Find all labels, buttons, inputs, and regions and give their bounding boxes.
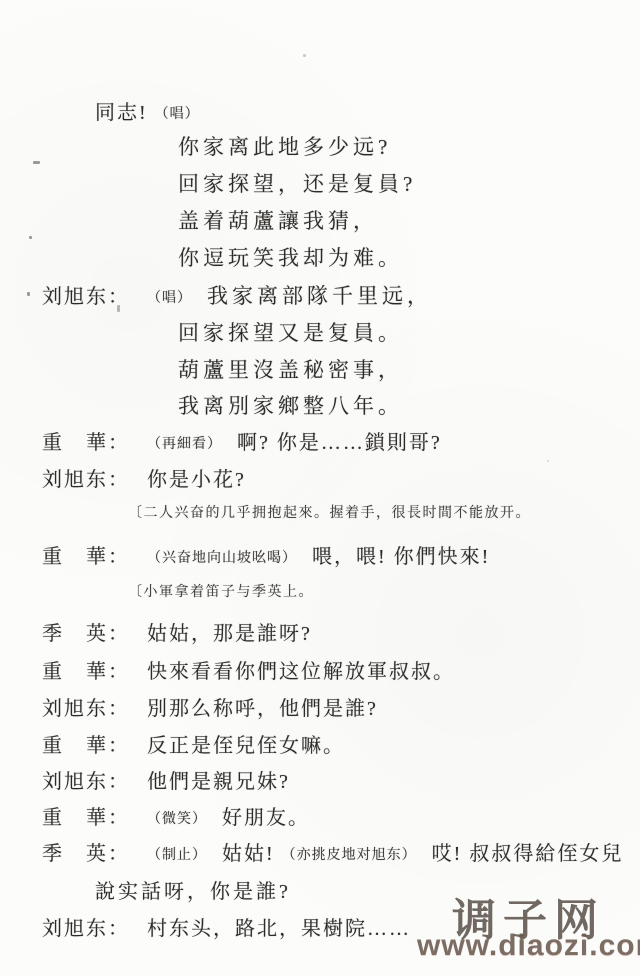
script-line: 刘旭东： 你是小花? [42, 463, 246, 492]
verse-text: 回家探望，还是复員? [178, 172, 416, 196]
script-line: 重 華： （微笑） 好朋友。 [42, 801, 310, 830]
speaker-name: 刘旭东： [42, 771, 130, 793]
script-line: 同志! （唱） [95, 96, 208, 125]
script-line: 重 華： （再細看） 啊? 你是……鎖則哥? [42, 426, 442, 455]
script-line: 你逗玩笑我却为难。 [178, 242, 403, 272]
verse-text: 我家离部隊千里远， [207, 284, 432, 308]
scan-speck [303, 54, 306, 57]
verse-text: 你逗玩笑我却为难。 [178, 246, 403, 270]
script-line: 重 華： 快來看看你們这位解放軍叔叔。 [42, 655, 455, 684]
dialogue-text: 村东头，路北，果樹院…… [147, 918, 411, 940]
verse-text: 回家探望又是复員。 [178, 321, 403, 345]
speaker-name: 季 英： [42, 843, 130, 865]
stage-note: （再細看） [147, 437, 222, 452]
script-line: 葫蘆里沒盖秘密事， [178, 354, 403, 384]
dialogue-text: 好朋友。 [222, 807, 310, 829]
scan-speck [117, 305, 120, 312]
stage-direction: 〔小軍拿着笛子与季英上。 [128, 581, 314, 601]
verse-text: 葫蘆里沒盖秘密事， [178, 358, 403, 382]
verse-text: 我离別家鄉整八年。 [178, 394, 403, 418]
dialogue-text: 你是小花? [147, 469, 246, 491]
dialogue-text: 姑姑! [222, 843, 275, 865]
speaker-name: 重 華： [42, 661, 130, 683]
script-line: 重 華： （兴奋地向山坡吆喝） 喂，喂! 你們快來! [42, 540, 490, 569]
dialogue-text: 反正是侄兒侄女嘛。 [147, 735, 345, 757]
stage-note: （亦挑皮地对旭东） [282, 848, 417, 863]
script-line: 重 華： 反正是侄兒侄女嘛。 [42, 729, 345, 758]
speaker-name: 刘旭东： [42, 698, 130, 720]
script-line: 刘旭东： 別那么称呼，他們是誰? [42, 692, 378, 721]
watermark-site-url: www.diaozi.com [417, 929, 640, 963]
speaker-name: 刘旭东： [42, 469, 130, 491]
script-line: 刘旭东： 他們是親兄妹? [42, 765, 290, 794]
speaker-name: 刘旭东： [42, 918, 130, 940]
dialogue-text: 別那么称呼，他們是誰? [147, 698, 378, 720]
script-line: 刘旭东： （唱） 我家离部隊千里远， [42, 280, 432, 310]
scan-speck [27, 292, 30, 296]
scan-speck [29, 236, 32, 239]
dialogue-text: 哎! 叔叔得給侄女兒 [432, 843, 624, 865]
speaker-name: 重 華： [42, 546, 130, 568]
script-line: 季 英： （制止） 姑姑! （亦挑皮地对旭东） 哎! 叔叔得給侄女兒 [42, 837, 623, 866]
script-line: 季 英： 姑姑，那是誰呀? [42, 617, 312, 646]
script-line: 你家离此地多少远? [178, 131, 391, 161]
scanned-script-page: 同志! （唱） 你家离此地多少远? 回家探望，还是复員? 盖着葫蘆讓我猜， 你逗… [0, 0, 640, 976]
stage-note: （兴奋地向山坡吆喝） [147, 551, 297, 566]
dialogue-text: 快來看看你們这位解放軍叔叔。 [147, 661, 455, 683]
dialogue-text: 姑姑，那是誰呀? [147, 623, 312, 645]
speaker-name: 重 華： [42, 432, 130, 454]
stage-note: （唱） [155, 107, 200, 122]
script-line-continuation: 說实話呀，你是誰? [95, 875, 291, 904]
stage-direction-text: 〔二人兴奋的几乎拥抱起來。握着手，很長时間不能放开。 [128, 506, 531, 521]
speaker-name: 季 英： [42, 623, 130, 645]
stage-note: （唱） [147, 291, 192, 306]
stage-note: （制止） [147, 848, 207, 863]
dialogue-text: 啊? 你是……鎖則哥? [237, 432, 442, 454]
dialogue-text: 他們是親兄妹? [147, 771, 290, 793]
dialogue-text: 說实話呀，你是誰? [95, 881, 291, 903]
dialogue-text: 同志! [95, 102, 148, 124]
stage-direction-text: 〔小軍拿着笛子与季英上。 [128, 585, 314, 600]
stage-direction: 〔二人兴奋的几乎拥抱起來。握着手，很長时間不能放开。 [128, 502, 531, 522]
script-line: 回家探望，还是复員? [178, 168, 416, 198]
scan-speck [33, 161, 40, 164]
speaker-name: 重 華： [42, 807, 130, 829]
speaker-name: 重 華： [42, 735, 130, 757]
script-line: 回家探望又是复員。 [178, 317, 403, 347]
verse-text: 你家离此地多少远? [178, 135, 391, 159]
stage-note: （微笑） [147, 812, 207, 827]
scan-speck [547, 460, 549, 462]
script-line: 刘旭东： 村东头，路北，果樹院…… [42, 912, 411, 941]
scan-speck [208, 219, 210, 222]
script-line: 我离別家鄉整八年。 [178, 390, 403, 420]
dialogue-text: 喂，喂! 你們快來! [312, 546, 490, 568]
